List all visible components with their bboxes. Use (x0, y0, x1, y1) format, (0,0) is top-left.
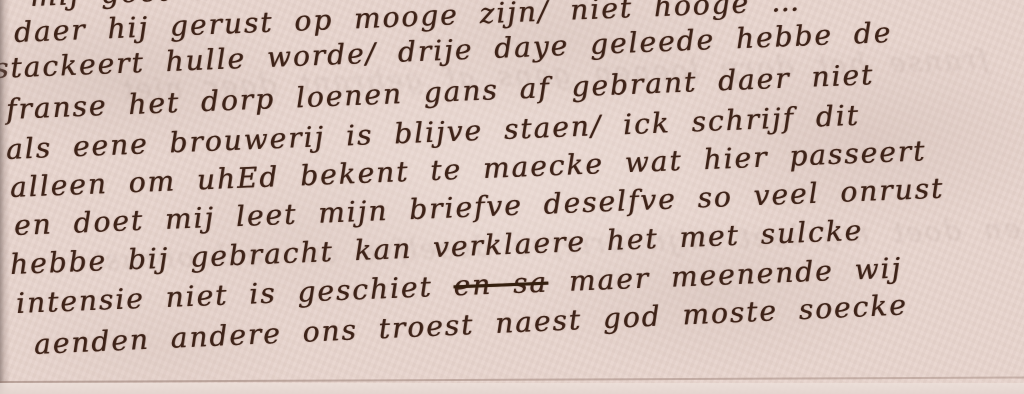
scan-edge-shadow (0, 0, 10, 394)
paper-edge-band (0, 383, 1024, 394)
manuscript-page: franse het dorp loenen gans af gebrant d… (0, 0, 1024, 394)
struck-through-words: en sa (453, 266, 549, 303)
